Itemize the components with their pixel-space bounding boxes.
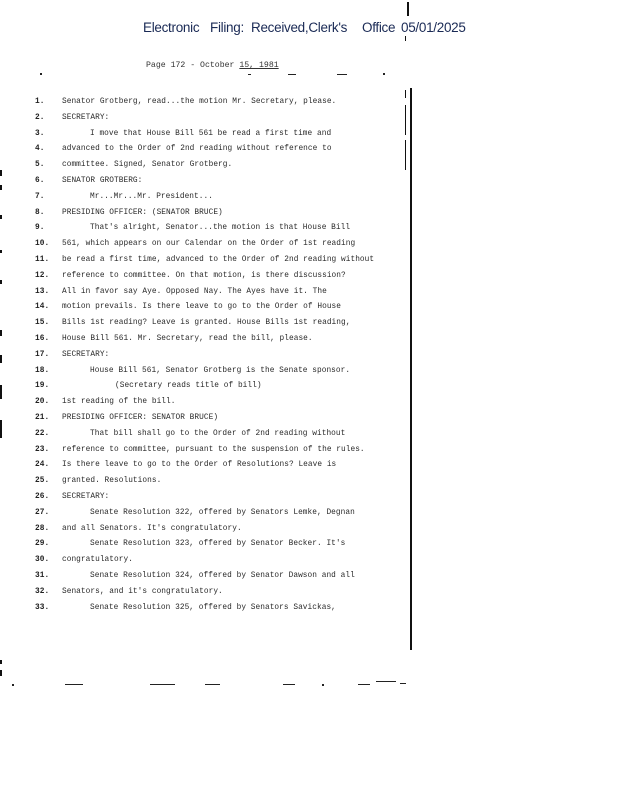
line-number: 12. — [35, 272, 55, 280]
line-number: 23. — [35, 446, 55, 454]
line-text: PRESIDING OFFICER: (SENATOR BRUCE) — [62, 209, 223, 217]
line-number: 10. — [35, 240, 55, 248]
stamp-date: 05/01/2025 — [401, 20, 466, 35]
scan-speck — [248, 74, 251, 75]
scan-margin-mark — [407, 2, 409, 16]
line-number: 16. — [35, 335, 55, 343]
line-number: 18. — [35, 367, 55, 375]
line-text: be read a first time, advanced to the Or… — [62, 256, 374, 264]
scan-speck — [400, 683, 406, 684]
line-number: 8. — [35, 209, 55, 217]
line-text: SECRETARY: — [62, 351, 109, 359]
line-text: granted. Resolutions. — [62, 477, 161, 485]
line-text: SECRETARY: — [62, 493, 109, 501]
stamp-word-received: Received,Clerk's — [251, 20, 347, 35]
line-number: 6. — [35, 177, 55, 185]
line-text: That's alright, Senator...the motion is … — [90, 224, 350, 232]
scan-margin-mark — [405, 36, 406, 41]
line-text: PRESIDING OFFICER: SENATOR BRUCE) — [62, 414, 218, 422]
line-text: advanced to the Order of 2nd reading wit… — [62, 145, 332, 153]
stamp-word-electronic: Electronic — [143, 20, 199, 35]
scan-margin-mark — [0, 170, 2, 176]
line-number: 28. — [35, 525, 55, 533]
line-text: SECRETARY: — [62, 114, 109, 122]
stamp-word-filing: Filing: — [210, 20, 244, 35]
line-number: 27. — [35, 509, 55, 517]
line-text: congratulatory. — [62, 556, 133, 564]
line-number: 31. — [35, 572, 55, 580]
line-text: (Secretary reads title of bill) — [115, 382, 262, 390]
scan-margin-mark — [0, 420, 2, 438]
scan-margin-line — [410, 88, 412, 650]
line-number: 15. — [35, 319, 55, 327]
line-number: 22. — [35, 430, 55, 438]
scan-speck — [358, 684, 370, 685]
line-text: 561, which appears on our Calendar on th… — [62, 240, 355, 248]
scan-margin-mark — [405, 90, 406, 98]
scan-margin-mark — [0, 280, 2, 284]
scan-margin-mark — [0, 185, 2, 190]
line-number: 25. — [35, 477, 55, 485]
scan-speck — [65, 684, 83, 685]
scan-margin-mark — [405, 105, 406, 135]
scan-margin-mark — [0, 215, 2, 219]
scan-margin-mark — [0, 385, 2, 399]
line-number: 11. — [35, 256, 55, 264]
scan-speck — [40, 73, 42, 75]
line-number: 5. — [35, 161, 55, 169]
line-number: 1. — [35, 98, 55, 106]
line-number: 32. — [35, 588, 55, 596]
line-number: 3. — [35, 130, 55, 138]
scan-speck — [283, 684, 295, 685]
scan-speck — [288, 74, 296, 75]
scan-margin-mark — [0, 330, 2, 336]
line-text: Is there leave to go to the Order of Res… — [62, 461, 336, 469]
line-number: 21. — [35, 414, 55, 422]
line-text: That bill shall go to the Order of 2nd r… — [90, 430, 345, 438]
line-text: 1st reading of the bill. — [62, 398, 176, 406]
line-text: Senators, and it's congratulatory. — [62, 588, 223, 596]
scan-margin-mark — [0, 250, 2, 253]
line-number: 9. — [35, 224, 55, 232]
scan-margin-mark — [0, 660, 2, 664]
line-number: 17. — [35, 351, 55, 359]
line-text: reference to committee. On that motion, … — [62, 272, 346, 280]
line-number: 24. — [35, 461, 55, 469]
scan-speck — [383, 73, 385, 75]
line-text: House Bill 561. Mr. Secretary, read the … — [62, 335, 313, 343]
line-number: 4. — [35, 145, 55, 153]
line-text: Bills 1st reading? Leave is granted. Hou… — [62, 319, 350, 327]
line-text: Senator Grotberg, read...the motion Mr. … — [62, 98, 336, 106]
page-header: Page 172 - October 15, 1981 — [146, 61, 279, 70]
line-number: 33. — [35, 604, 55, 612]
line-text: All in favor say Aye. Opposed Nay. The A… — [62, 288, 327, 296]
line-text: Senate Resolution 324, offered by Senato… — [90, 572, 355, 580]
scan-margin-mark — [0, 355, 2, 363]
line-number: 29. — [35, 540, 55, 548]
line-number: 19. — [35, 382, 55, 390]
line-number: 7. — [35, 193, 55, 201]
line-text: House Bill 561, Senator Grotberg is the … — [90, 367, 350, 375]
line-text: Mr...Mr...Mr. President... — [90, 193, 213, 201]
scan-speck — [322, 684, 324, 686]
page-header-date: 15, 1981 — [239, 61, 278, 70]
scan-speck — [205, 684, 220, 685]
line-text: committee. Signed, Senator Grotberg. — [62, 161, 232, 169]
line-text: Senate Resolution 323, offered by Senato… — [90, 540, 345, 548]
line-text: SENATOR GROTBERG: — [62, 177, 142, 185]
line-text: Senate Resolution 322, offered by Senato… — [90, 509, 355, 517]
line-text: I move that House Bill 561 be read a fir… — [90, 130, 331, 138]
scan-speck — [150, 684, 175, 685]
line-number: 30. — [35, 556, 55, 564]
scan-margin-mark — [405, 140, 406, 170]
line-number: 26. — [35, 493, 55, 501]
scan-speck — [376, 681, 396, 682]
line-text: reference to committee, pursuant to the … — [62, 446, 365, 454]
line-number: 2. — [35, 114, 55, 122]
scan-speck — [12, 684, 14, 686]
line-text: and all Senators. It's congratulatory. — [62, 525, 242, 533]
scan-margin-mark — [0, 670, 2, 676]
line-number: 13. — [35, 288, 55, 296]
stamp-word-office: Office — [362, 20, 395, 35]
line-number: 20. — [35, 398, 55, 406]
line-text: motion prevails. Is there leave to go to… — [62, 303, 341, 311]
line-number: 14. — [35, 303, 55, 311]
scan-speck — [337, 74, 347, 75]
line-text: Senate Resolution 325, offered by Senato… — [90, 604, 336, 612]
page-header-prefix: Page 172 - October — [146, 61, 239, 70]
